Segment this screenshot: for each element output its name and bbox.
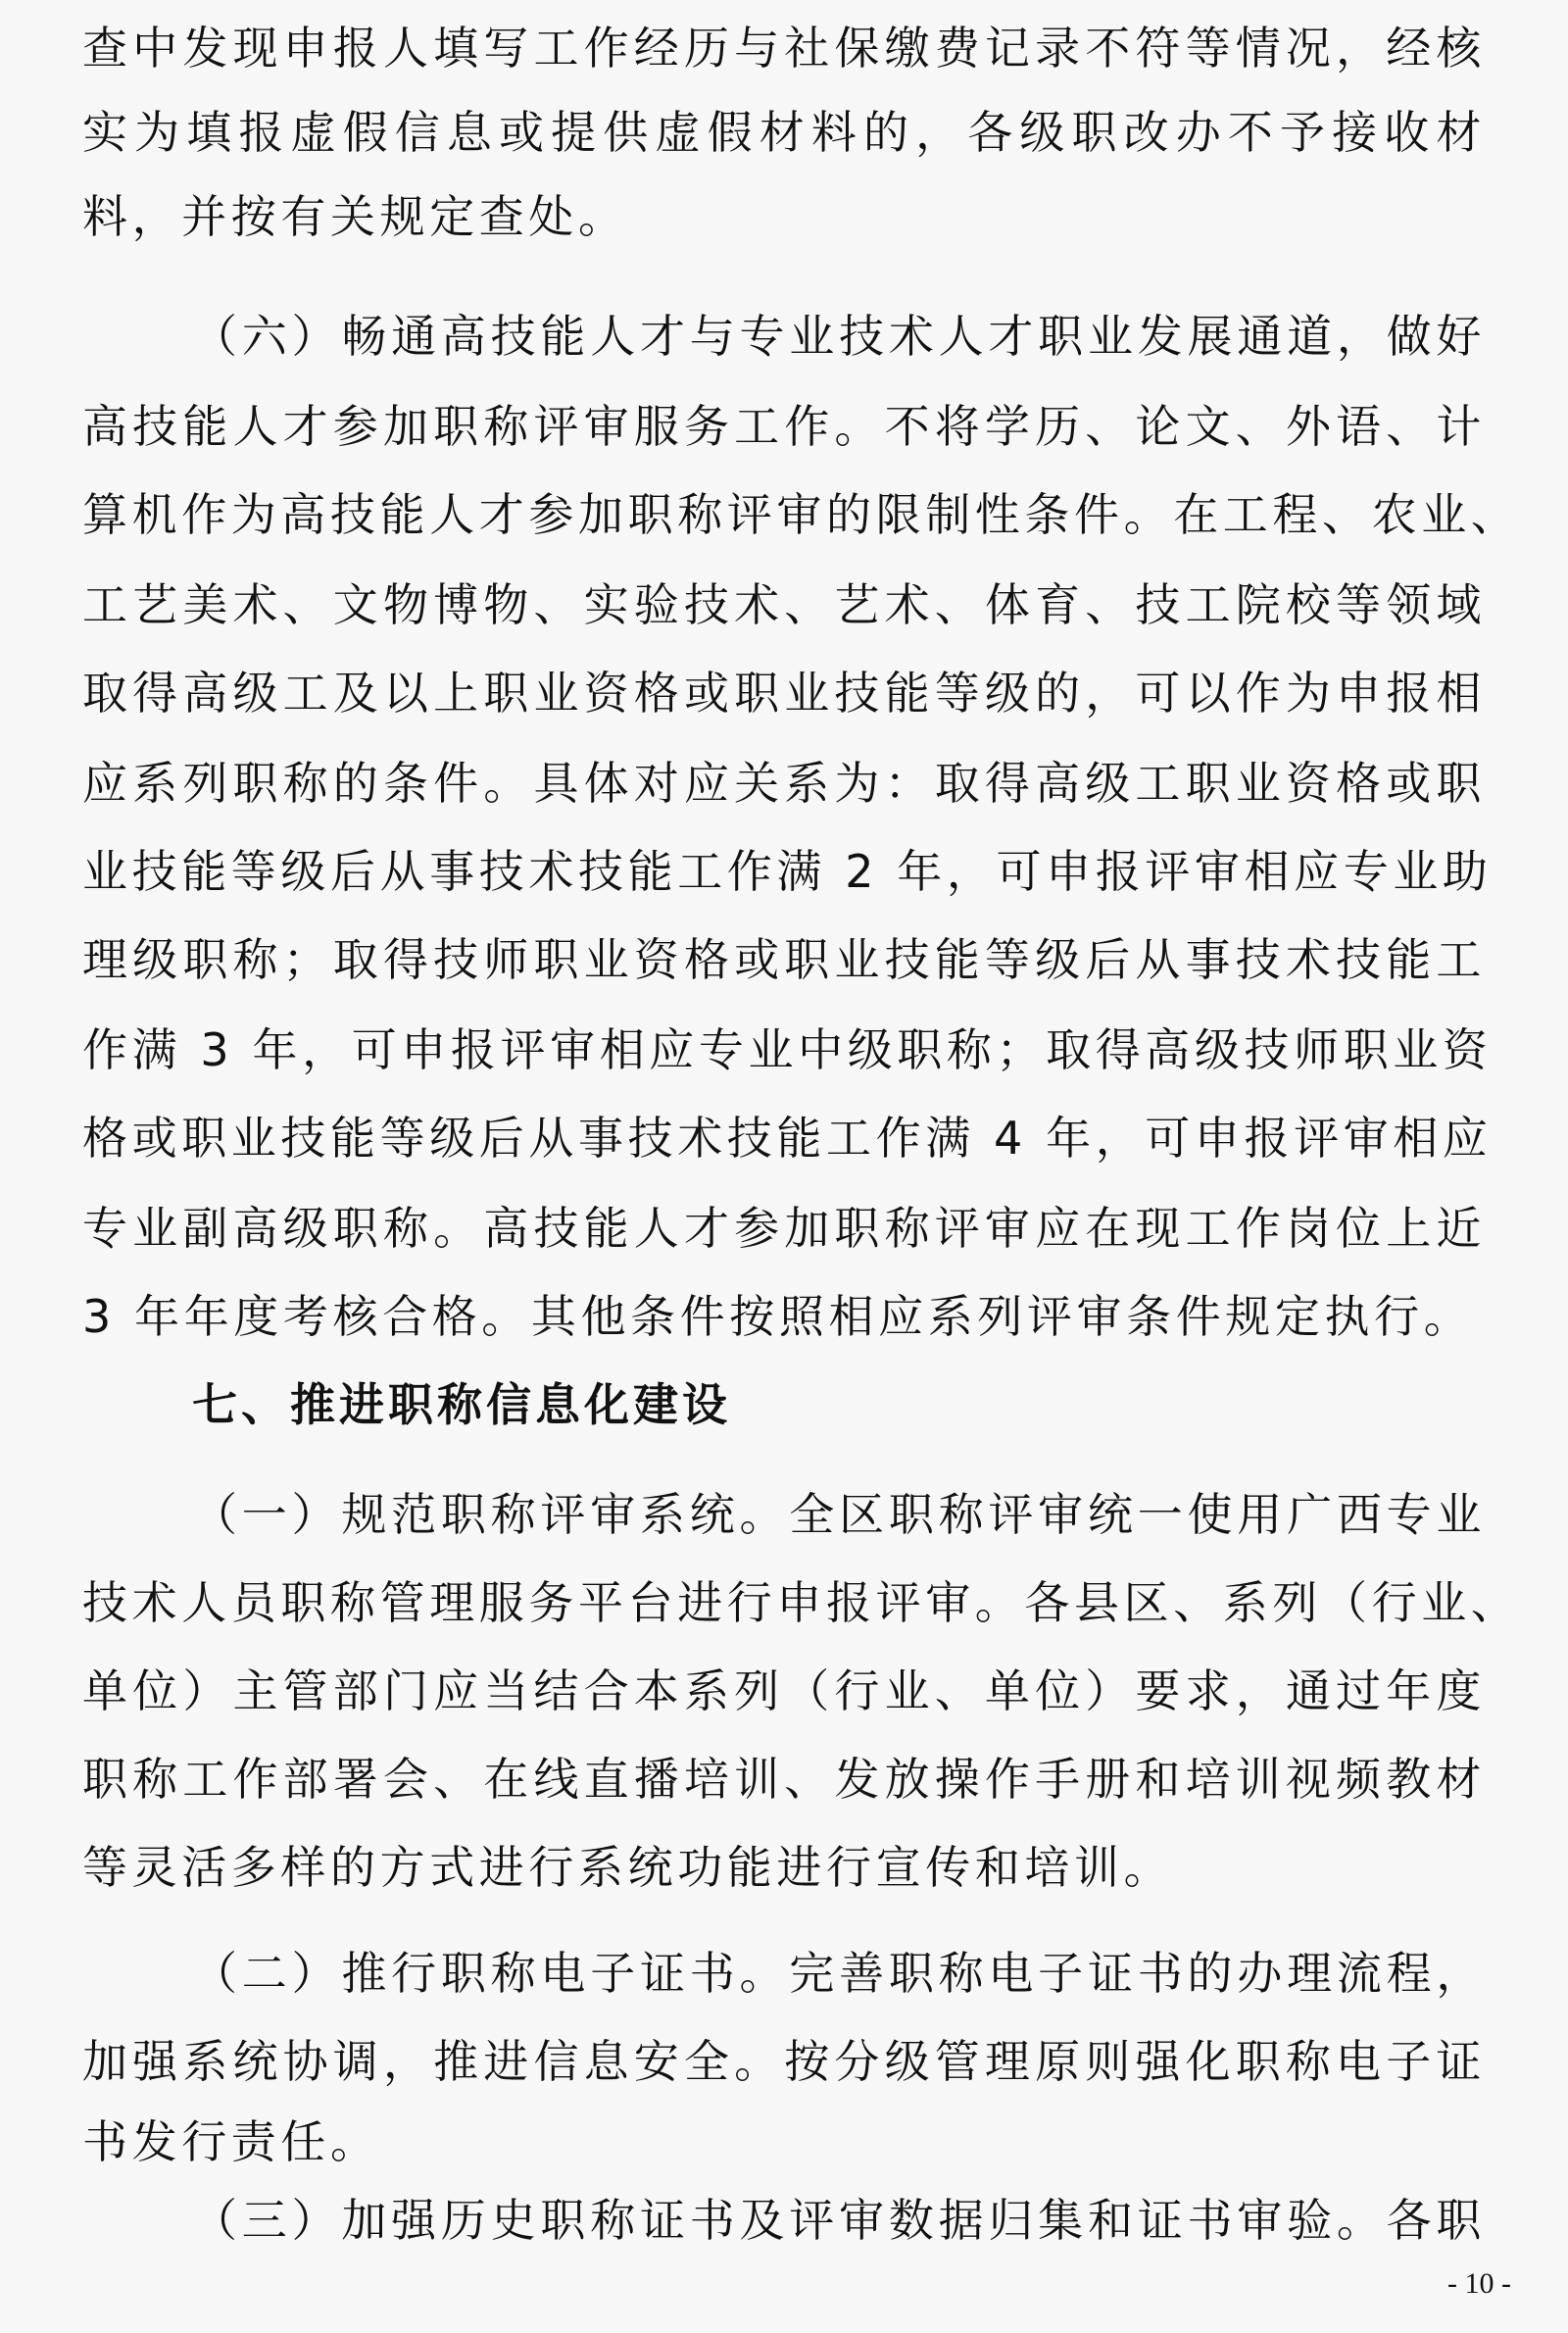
text-line: 取得高级工及以上职业资格或职业技能等级的，可以作为申报相: [82, 659, 1486, 727]
text-line: 业技能等级后从事技术技能工作满 2 年，可申报评审相应专业助: [82, 837, 1486, 906]
text-line: 算机作为高技能人才参加职称评审的限制性条件。在工程、农业、: [82, 480, 1486, 549]
text-line: 料，并按有关规定查处。: [82, 182, 1486, 251]
text-line: 格或职业技能等级后从事技术技能工作满 4 年，可申报评审相应: [82, 1104, 1486, 1172]
section-heading: 七、推进职称信息化建设: [192, 1370, 731, 1439]
text-line: 书发行责任。: [82, 2108, 1486, 2176]
paragraph-3-first-line: （三）加强历史职称证书及评审数据归集和证书审验。各职: [192, 2186, 1486, 2255]
paragraph-2-first-line: （二）推行职称电子证书。完善职称电子证书的办理流程，: [192, 1939, 1486, 2008]
text-line: 加强系统协调，推进信息安全。按分级管理原则强化职称电子证: [82, 2027, 1486, 2096]
paragraph-6-first-line: （六）畅通高技能人才与专业技术人才职业发展通道，做好: [192, 302, 1486, 371]
page-number: - 10 -: [1447, 2264, 1511, 2304]
paragraph-1-first-line: （一）规范职称评审系统。全区职称评审统一使用广西专业: [192, 1480, 1486, 1549]
text-line: 理级职称；取得技师职业资格或职业技能等级后从事技术技能工: [82, 925, 1486, 994]
text-line: 工艺美术、文物博物、实验技术、艺术、体育、技工院校等领域: [82, 571, 1486, 639]
text-line: 职称工作部署会、在线直播培训、发放操作手册和培训视频教材: [82, 1745, 1486, 1813]
text-line: 等灵活多样的方式进行系统功能进行宣传和培训。: [82, 1833, 1486, 1902]
text-line: 单位）主管部门应当结合本系列（行业、单位）要求，通过年度: [82, 1657, 1486, 1725]
text-line: 应系列职称的条件。具体对应关系为：取得高级工职业资格或职: [82, 749, 1486, 818]
text-line: 实为填报虚假信息或提供虚假材料的，各级职改办不予接收材: [82, 98, 1486, 167]
text-line: 高技能人才参加职称评审服务工作。不将学历、论文、外语、计: [82, 392, 1486, 461]
text-line: 技术人员职称管理服务平台进行申报评审。各县区、系列（行业、: [82, 1568, 1486, 1637]
document-page: 查中发现申报人填写工作经历与社保缴费记录不符等情况，经核 实为填报虚假信息或提供…: [0, 0, 1568, 2333]
text-line: 查中发现申报人填写工作经历与社保缴费记录不符等情况，经核: [82, 14, 1486, 82]
text-line: 作满 3 年，可申报评审相应专业中级职称；取得高级技师职业资: [82, 1016, 1486, 1084]
text-line: 专业副高级职称。高技能人才参加职称评审应在现工作岗位上近: [82, 1194, 1486, 1263]
text-line: 3 年年度考核合格。其他条件按照相应系列评审条件规定执行。: [82, 1282, 1486, 1351]
